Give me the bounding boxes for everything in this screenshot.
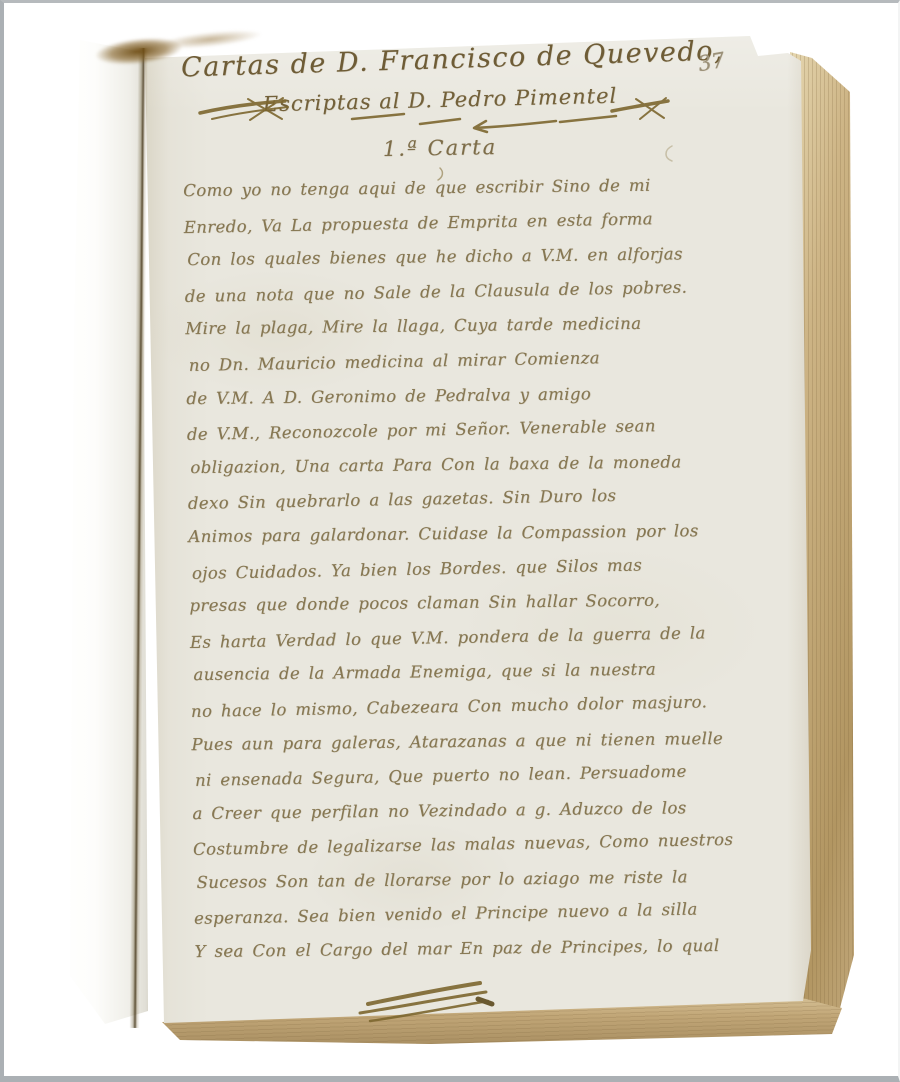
manuscript-photo: Cartas de D. Francisco de Quevedo, Escri…: [0, 0, 900, 1082]
section-heading: 1.ª Carta: [310, 134, 570, 163]
letter-body: Como yo no tenga aqui de que escribir Si…: [183, 167, 717, 970]
manuscript-line: Y sea Con el Cargo del mar En paz de Pri…: [194, 929, 716, 970]
folio-number: 37: [696, 48, 726, 76]
